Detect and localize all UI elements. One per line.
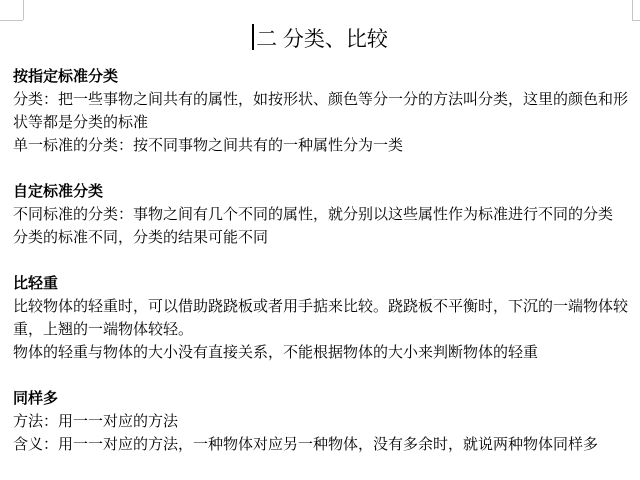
paragraph[interactable]: 物体的轻重与物体的大小没有直接关系，不能根据物体的大小来判断物体的轻重 [13, 341, 632, 364]
document-body[interactable]: 按指定标准分类 分类：把一些事物之间共有的属性，如按形状、颜色等分一分的方法叫分… [0, 65, 640, 456]
paragraph[interactable]: 含义：用一一对应的方法，一种物体对应另一种物体，没有多余时，就说两种物体同样多 [13, 433, 632, 456]
section-compare-weight: 比轻重 比较物体的轻重时，可以借助跷跷板或者用手掂来比较。跷跷板不平衡时，下沉的… [13, 272, 632, 364]
page-margin-mark-top-left-horizontal [0, 20, 23, 21]
section-heading[interactable]: 同样多 [13, 387, 632, 410]
section-heading[interactable]: 比轻重 [13, 272, 632, 295]
paragraph[interactable]: 不同标准的分类：事物之间有几个不同的属性，就分别以这些属性作为标准进行不同的分类 [13, 203, 632, 226]
document-page: 二 分类、比较 按指定标准分类 分类：把一些事物之间共有的属性，如按形状、颜色等… [0, 0, 640, 480]
text-cursor [252, 24, 254, 50]
section-heading[interactable]: 按指定标准分类 [13, 65, 632, 88]
section-same-amount: 同样多 方法：用一一对应的方法 含义：用一一对应的方法，一种物体对应另一种物体，… [13, 387, 632, 456]
paragraph[interactable]: 比较物体的轻重时，可以借助跷跷板或者用手掂来比较。跷跷板不平衡时，下沉的一端物体… [13, 295, 632, 341]
document-title[interactable]: 二 分类、比较 [256, 28, 388, 51]
section-classify-by-own-standard: 自定标准分类 不同标准的分类：事物之间有几个不同的属性，就分别以这些属性作为标准… [13, 180, 632, 249]
paragraph[interactable]: 分类：把一些事物之间共有的属性，如按形状、颜色等分一分的方法叫分类，这里的颜色和… [13, 88, 632, 134]
paragraph[interactable]: 单一标准的分类：按不同事物之间共有的一种属性分为一类 [13, 134, 632, 157]
section-heading[interactable]: 自定标准分类 [13, 180, 632, 203]
page-margin-mark-top-right-horizontal [632, 20, 640, 21]
page-margin-mark-top-left-vertical [23, 0, 24, 20]
page-margin-mark-top-right-vertical [632, 0, 633, 20]
paragraph[interactable]: 方法：用一一对应的方法 [13, 410, 632, 433]
section-classify-by-given-standard: 按指定标准分类 分类：把一些事物之间共有的属性，如按形状、颜色等分一分的方法叫分… [13, 65, 632, 157]
paragraph[interactable]: 分类的标准不同，分类的结果可能不同 [13, 226, 632, 249]
document-title-line[interactable]: 二 分类、比较 [0, 0, 640, 55]
